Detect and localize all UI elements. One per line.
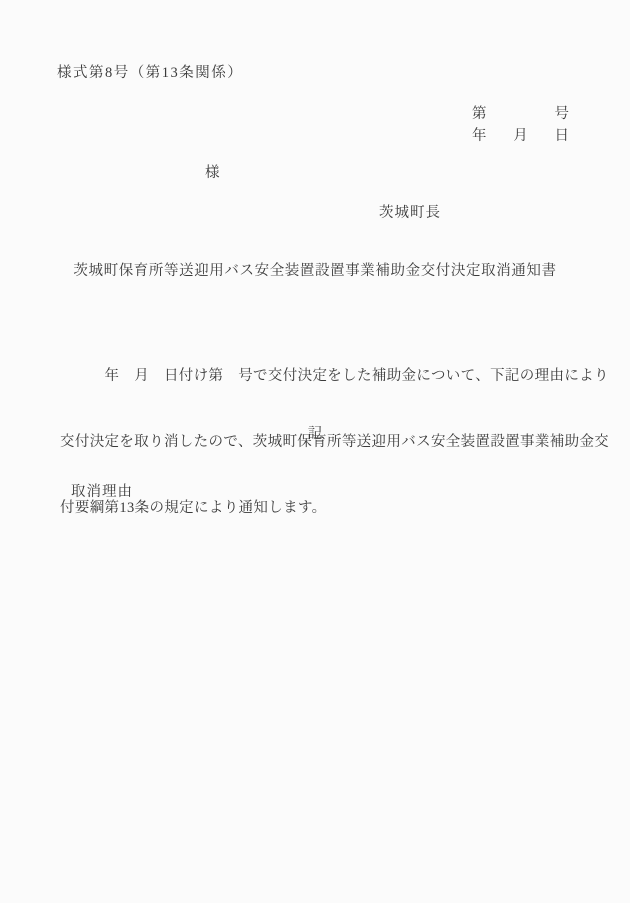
date-line: 年 月 日	[472, 128, 569, 144]
sender-name: 茨城町長	[379, 205, 441, 221]
date-year-label: 年	[472, 128, 487, 144]
date-month-label: 月	[513, 128, 528, 144]
document-title: 茨城町保育所等送迎用バス安全装置設置事業補助金交付決定取消通知書	[0, 263, 630, 279]
cancellation-reason-label: 取消理由	[71, 484, 133, 500]
addressee-suffix: 様	[205, 165, 220, 181]
document-number-suffix: 号	[555, 106, 570, 122]
body-line-1: 年 月 日付け第 号で交付決定をした補助金について、下記の理由により	[60, 365, 592, 387]
date-day-label: 日	[555, 128, 570, 144]
document-number-line: 第 号	[472, 106, 569, 122]
document-page: 様式第8号（第13条関係） 第 号 年 月 日 様 茨城町長 茨城町保育所等送迎…	[0, 0, 630, 903]
body-line-3: 付要綱第13条の規定により通知します。	[60, 497, 592, 519]
ki-marker: 記	[0, 426, 630, 442]
form-number: 様式第8号（第13条関係）	[57, 65, 243, 81]
body-paragraph: 年 月 日付け第 号で交付決定をした補助金について、下記の理由により 交付決定を…	[60, 321, 592, 563]
document-number-prefix: 第	[472, 106, 487, 122]
